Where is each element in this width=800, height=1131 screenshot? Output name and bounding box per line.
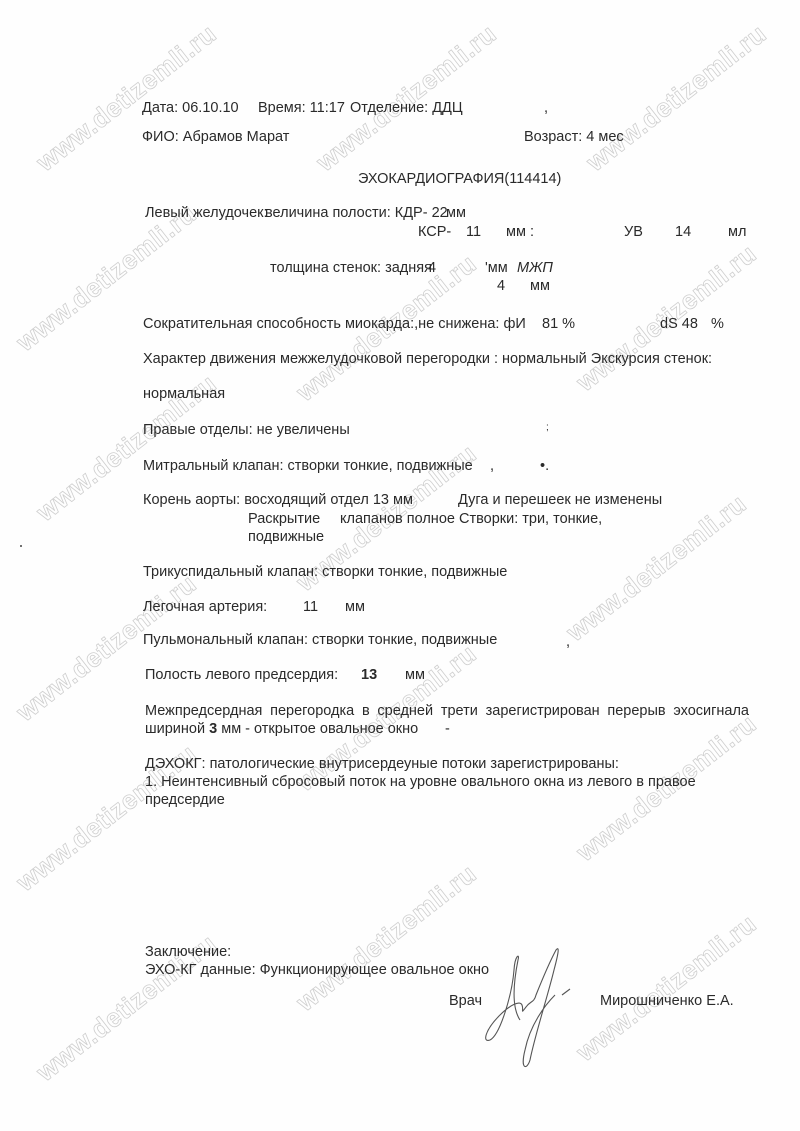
lv-kdr-unit: мм	[446, 205, 466, 222]
doctor-name: Мирошниченко Е.А.	[600, 993, 734, 1010]
doppler-item-1-cont: предсердие	[145, 792, 225, 809]
contractility-label: Сократительная способность миокарда:,не …	[143, 316, 526, 333]
doppler-header: ДЭХОКГ: патологические внутрисердеуные п…	[145, 756, 619, 773]
watermark: www.detizemli.ru	[10, 198, 202, 358]
contractility-ds-unit: %	[711, 316, 724, 333]
lv-cavity-kdr: величина полости: КДР- 22	[265, 205, 448, 222]
tricuspid-valve: Трикуспидальный клапан: створки тонкие, …	[143, 564, 507, 581]
lv-ivs-value: 4	[497, 278, 505, 295]
mitral-valve: Митральный клапан: створки тонкие, подви…	[143, 458, 473, 475]
lv-posterior-unit: 'мм	[485, 260, 508, 277]
stray-comma: ,	[566, 634, 570, 651]
lv-uv-value: 14	[675, 224, 691, 241]
atrial-septum-line1: Межпредсердная перегородка в средней тре…	[145, 703, 749, 720]
date: Дата: 06.10.10	[142, 100, 239, 117]
lv-uv-label: УВ	[624, 224, 643, 241]
lv-ksr-unit: мм :	[506, 224, 534, 241]
lv-ivs-label: МЖП	[517, 260, 553, 277]
atrial-septum-line2: шириной 3 мм - открытое овальное окно	[145, 721, 418, 738]
lv-ivs-unit: мм	[530, 278, 550, 295]
patient-age: Возраст: 4 мес	[524, 129, 624, 146]
lv-label: Левый желудочек:	[145, 205, 268, 222]
department: Отделение: ДДЦ	[350, 100, 463, 117]
stray-comma: ,	[544, 100, 548, 117]
left-atrium-value: 13	[361, 667, 377, 684]
signature-icon	[470, 945, 590, 1075]
lv-uv-unit: мл	[728, 224, 746, 241]
lv-ksr-value: 11	[466, 224, 481, 241]
aorta-mobile: подвижные	[248, 529, 324, 546]
atrial-septum-width-prefix: шириной	[145, 721, 205, 737]
aorta-valves: клапанов полное Створки: три, тонкие,	[340, 511, 602, 528]
watermark: www.detizemli.ru	[580, 18, 772, 178]
lv-ksr-label: КСР-	[418, 224, 451, 241]
aorta-arch: Дуга и перешеек не изменены	[458, 492, 662, 509]
scan-speck	[20, 545, 22, 547]
watermark: www.detizemli.ru	[30, 18, 222, 178]
atrial-septum-width-value: 3	[209, 721, 217, 737]
conclusion-label: Заключение:	[145, 944, 231, 961]
stray-mark: ;	[546, 419, 549, 436]
doppler-item-1: 1. Неинтенсивный сбросовый поток на уров…	[145, 774, 696, 791]
contractility-ds: dS 48	[660, 316, 698, 333]
stray-dot: •.	[540, 458, 549, 475]
atrial-septum-dash: -	[445, 721, 450, 738]
contractility-fi-value: 81 %	[542, 316, 575, 333]
pulmonary-artery-label: Легочная артерия:	[143, 599, 267, 616]
watermark: www.detizemli.ru	[570, 908, 762, 1068]
aorta-opening: Раскрытие	[248, 511, 320, 528]
conclusion-text: ЭХО-КГ данные: Функционирующее овальное …	[145, 962, 489, 979]
lv-wall-label: толщина стенок: задняя	[270, 260, 432, 277]
time: Время: 11:17	[258, 100, 345, 117]
pulmonary-valve: Пульмональный клапан: створки тонкие, по…	[143, 632, 497, 649]
pulmonary-artery-value: 11	[303, 599, 318, 616]
atrial-septum-width-suffix: мм - открытое овальное окно	[221, 721, 418, 737]
lv-posterior-value: 4	[428, 260, 436, 277]
right-sections: Правые отделы: не увеличены	[143, 422, 350, 439]
watermark: www.detizemli.ru	[310, 18, 502, 178]
pulmonary-artery-unit: мм	[345, 599, 365, 616]
left-atrium-unit: мм	[405, 667, 425, 684]
stray-comma: ,	[490, 458, 494, 475]
aorta-root: Корень аорты: восходящий отдел 13 мм	[143, 492, 413, 509]
document-title: ЭХОКАРДИОГРАФИЯ(114414)	[358, 171, 561, 188]
patient-name: ФИО: Абрамов Марат	[142, 129, 289, 146]
wall-excursion: нормальная	[143, 386, 225, 403]
septum-motion: Характер движения межжелудочковой перего…	[143, 351, 712, 368]
left-atrium-label: Полость левого предсердия:	[145, 667, 338, 684]
